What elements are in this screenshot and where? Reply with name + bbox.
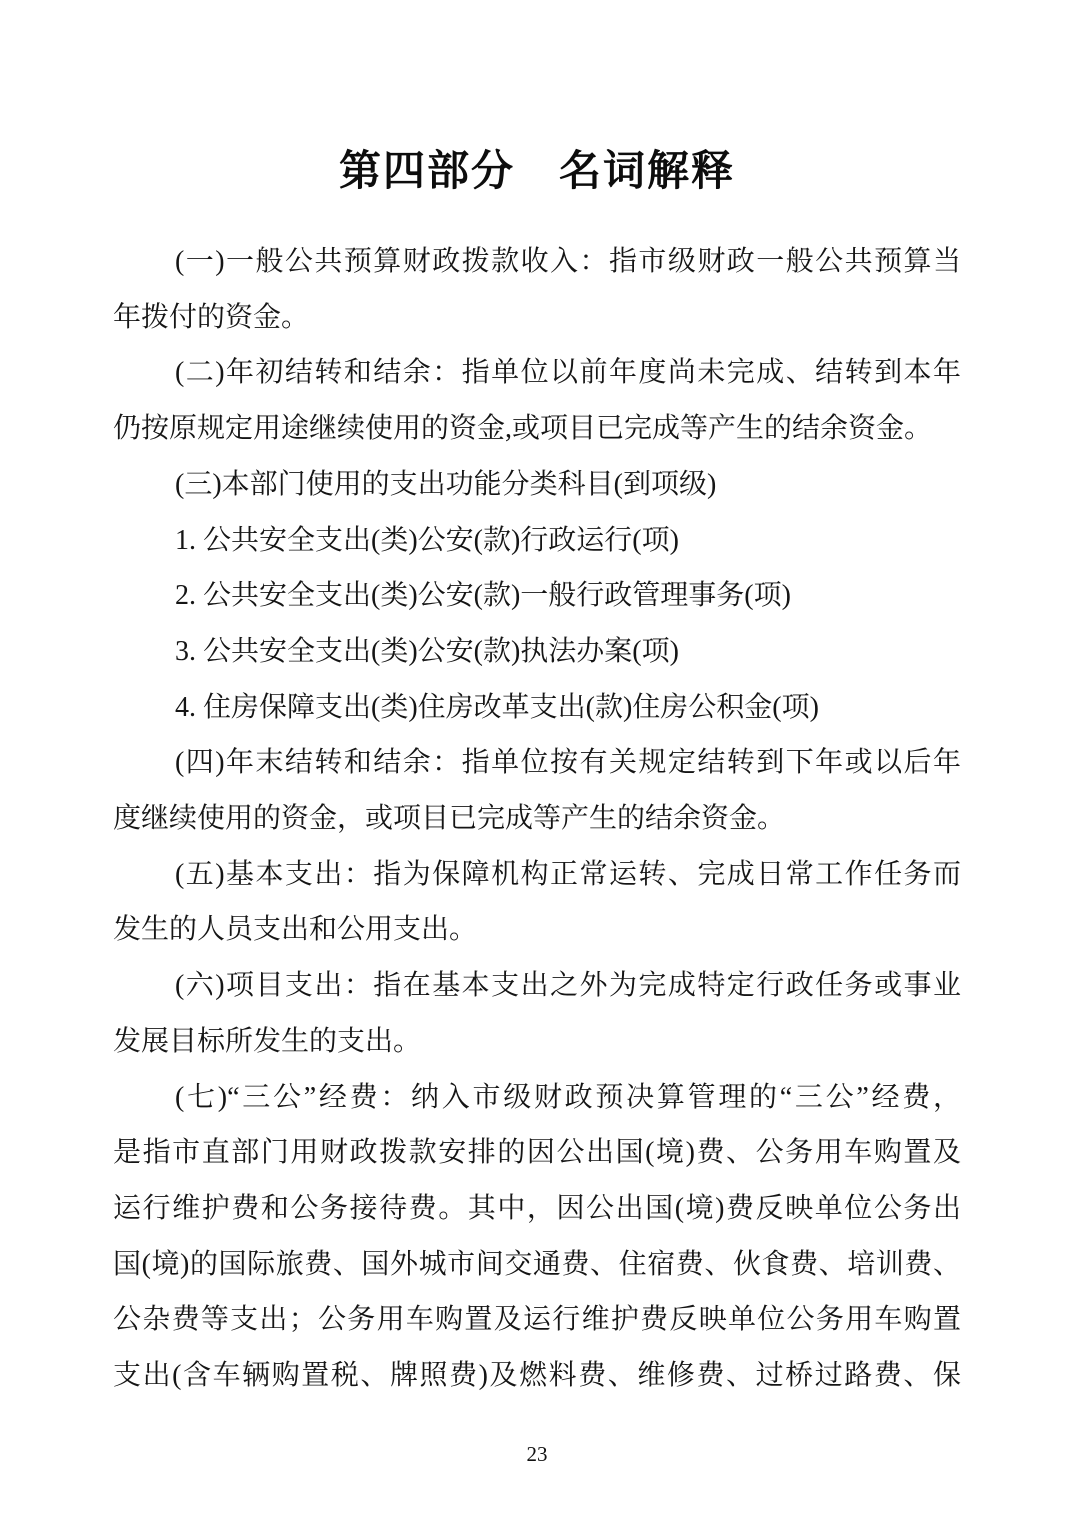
paragraph-line: 3. 公共安全支出(类)公安(款)执法办案(项) [113,624,961,680]
paragraph-line: 仍按原规定用途继续使用的资金,或项目已完成等产生的结余资金。 [113,401,961,457]
paragraph-line: (五)基本支出：指为保障机构正常运转、完成日常工作任务而 [113,847,961,903]
paragraph-line: 支出(含车辆购置税、牌照费)及燃料费、维修费、过桥过路费、保 [113,1348,961,1404]
paragraph-line: 国(境)的国际旅费、国外城市间交通费、住宿费、伙食费、培训费、 [113,1237,961,1293]
paragraph-line: 发生的人员支出和公用支出。 [113,902,961,958]
paragraph-line: 年拨付的资金。 [113,290,961,346]
paragraph-line: (一)一般公共预算财政拨款收入：指市级财政一般公共预算当 [113,234,961,290]
page-title: 第四部分 名词解释 [0,0,1074,194]
paragraph-line: 1. 公共安全支出(类)公安(款)行政运行(项) [113,513,961,569]
paragraph-line: (七)“三公”经费：纳入市级财政预决算管理的“三公”经费， [113,1070,961,1126]
paragraph-line: 发展目标所发生的支出。 [113,1014,961,1070]
paragraph-line: 4. 住房保障支出(类)住房改革支出(款)住房公积金(项) [113,680,961,736]
paragraph-line: 公杂费等支出；公务用车购置及运行维护费反映单位公务用车购置 [113,1292,961,1348]
paragraph-line: 是指市直部门用财政拨款安排的因公出国(境)费、公务用车购置及 [113,1125,961,1181]
paragraph-line: 度继续使用的资金，或项目已完成等产生的结余资金。 [113,791,961,847]
paragraph-line: (三)本部门使用的支出功能分类科目(到项级) [113,457,961,513]
paragraph-line: 运行维护费和公务接待费。其中，因公出国(境)费反映单位公务出 [113,1181,961,1237]
paragraph-line: (六)项目支出：指在基本支出之外为完成特定行政任务或事业 [113,958,961,1014]
paragraph-line: (二)年初结转和结余：指单位以前年度尚未完成、结转到本年 [113,345,961,401]
document-page: 第四部分 名词解释 (一)一般公共预算财政拨款收入：指市级财政一般公共预算当年拨… [0,0,1074,1520]
page-number: 23 [0,1441,1074,1467]
body-text: (一)一般公共预算财政拨款收入：指市级财政一般公共预算当年拨付的资金。(二)年初… [113,234,961,1404]
paragraph-line: (四)年末结转和结余：指单位按有关规定结转到下年或以后年 [113,735,961,791]
paragraph-line: 2. 公共安全支出(类)公安(款)一般行政管理事务(项) [113,568,961,624]
